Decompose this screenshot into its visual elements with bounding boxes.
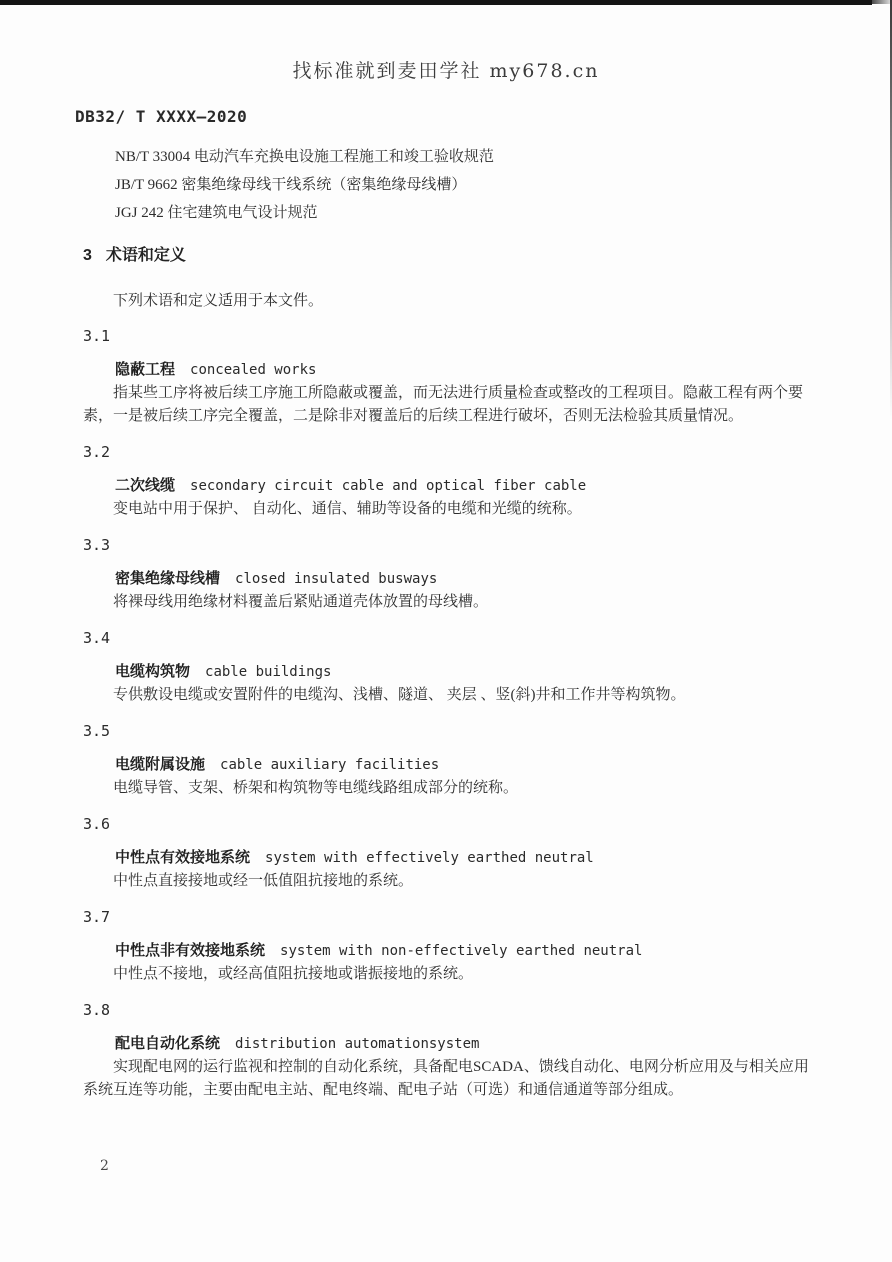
term-number: 3.6 — [83, 813, 815, 835]
term-definition: 将裸母线用绝缘材料覆盖后紧贴通道壳体放置的母线槽。 — [83, 591, 815, 614]
watermark-text: 找标准就到麦田学社 my678.cn — [0, 56, 892, 83]
term-number: 3.8 — [83, 999, 815, 1021]
term-number: 3.5 — [83, 720, 815, 742]
term-definition: 实现配电网的运行监视和控制的自动化系统，具备配电SCADA、馈线自动化、电网分析… — [83, 1056, 815, 1102]
term-block: 3.3 密集绝缘母线槽closed insulated busways 将裸母线… — [83, 534, 815, 614]
term-block: 3.7 中性点非有效接地系统system with non-effectivel… — [83, 906, 815, 986]
term-name-zh: 隐蔽工程 — [115, 361, 175, 378]
term-name-en: cable buildings — [205, 664, 331, 680]
term-definition: 中性点不接地，或经高值阻抗接地或谐振接地的系统。 — [83, 963, 815, 986]
term-name-en: system with effectively earthed neutral — [265, 850, 594, 866]
term-title: 电缆附属设施cable auxiliary facilities — [83, 754, 815, 776]
term-name-zh: 电缆附属设施 — [115, 756, 205, 773]
reference-item: JB/T 9662 密集绝缘母线干线系统（密集绝缘母线槽） — [83, 171, 815, 199]
term-title: 密集绝缘母线槽closed insulated busways — [83, 568, 815, 590]
term-name-zh: 中性点非有效接地系统 — [115, 942, 265, 959]
term-title: 中性点有效接地系统system with effectively earthed… — [83, 847, 815, 869]
section-title: 术语和定义 — [106, 247, 186, 264]
term-name-en: concealed works — [190, 362, 316, 378]
term-block: 3.8 配电自动化系统distribution automationsystem… — [83, 999, 815, 1102]
term-name-zh: 中性点有效接地系统 — [115, 849, 250, 866]
term-number: 3.7 — [83, 906, 815, 928]
term-definition: 变电站中用于保护、 自动化、通信、辅助等设备的电缆和光缆的统称。 — [83, 498, 815, 521]
document-page: 找标准就到麦田学社 my678.cn DB32/ T XXXX—2020 NB/… — [0, 0, 892, 1262]
term-name-en: distribution automationsystem — [235, 1036, 479, 1052]
term-number: 3.3 — [83, 534, 815, 556]
term-block: 3.4 电缆构筑物cable buildings 专供敷设电缆或安置附件的电缆沟… — [83, 627, 815, 707]
scan-artifact-top-bar-tail — [872, 0, 892, 4]
term-name-en: secondary circuit cable and optical fibe… — [190, 478, 586, 494]
section-number: 3 — [83, 247, 92, 264]
section-intro: 下列术语和定义适用于本文件。 — [83, 290, 815, 312]
term-title: 二次线缆secondary circuit cable and optical … — [83, 475, 815, 497]
term-definition: 中性点直接接地或经一低值阻抗接地的系统。 — [83, 870, 815, 893]
term-block: 3.5 电缆附属设施cable auxiliary facilities 电缆导… — [83, 720, 815, 800]
scan-artifact-top-bar — [0, 0, 872, 5]
term-block: 3.1 隐蔽工程concealed works 指某些工序将被后续工序施工所隐蔽… — [83, 325, 815, 428]
term-name-en: closed insulated busways — [235, 571, 437, 587]
term-definition: 专供敷设电缆或安置附件的电缆沟、浅槽、隧道、 夹层 、竖(斜)井和工作井等构筑物… — [83, 684, 815, 707]
term-title: 电缆构筑物cable buildings — [83, 661, 815, 683]
page-number: 2 — [100, 1158, 109, 1174]
document-body: NB/T 33004 电动汽车充换电设施工程施工和竣工验收规范 JB/T 966… — [83, 143, 815, 1102]
reference-item: JGJ 242 住宅建筑电气设计规范 — [83, 199, 815, 227]
term-title: 隐蔽工程concealed works — [83, 359, 815, 381]
term-name-zh: 二次线缆 — [115, 477, 175, 494]
term-name-zh: 电缆构筑物 — [115, 663, 190, 680]
term-number: 3.4 — [83, 627, 815, 649]
reference-item: NB/T 33004 电动汽车充换电设施工程施工和竣工验收规范 — [83, 143, 815, 171]
term-number: 3.2 — [83, 441, 815, 463]
term-name-en: cable auxiliary facilities — [220, 757, 439, 773]
section-heading: 3术语和定义 — [83, 245, 815, 267]
term-title: 中性点非有效接地系统system with non-effectively ea… — [83, 940, 815, 962]
term-name-en: system with non-effectively earthed neut… — [280, 943, 642, 959]
term-number: 3.1 — [83, 325, 815, 347]
term-block: 3.6 中性点有效接地系统system with effectively ear… — [83, 813, 815, 893]
references-list: NB/T 33004 电动汽车充换电设施工程施工和竣工验收规范 JB/T 966… — [83, 143, 815, 227]
term-definition: 指某些工序将被后续工序施工所隐蔽或覆盖，而无法进行质量检查或整改的工程项目。隐蔽… — [83, 382, 815, 428]
term-name-zh: 配电自动化系统 — [115, 1035, 220, 1052]
doc-code: DB32/ T XXXX—2020 — [75, 107, 247, 126]
term-name-zh: 密集绝缘母线槽 — [115, 570, 220, 587]
term-block: 3.2 二次线缆secondary circuit cable and opti… — [83, 441, 815, 521]
term-definition: 电缆导管、支架、桥架和构筑物等电缆线路组成部分的统称。 — [83, 777, 815, 800]
term-title: 配电自动化系统distribution automationsystem — [83, 1033, 815, 1055]
